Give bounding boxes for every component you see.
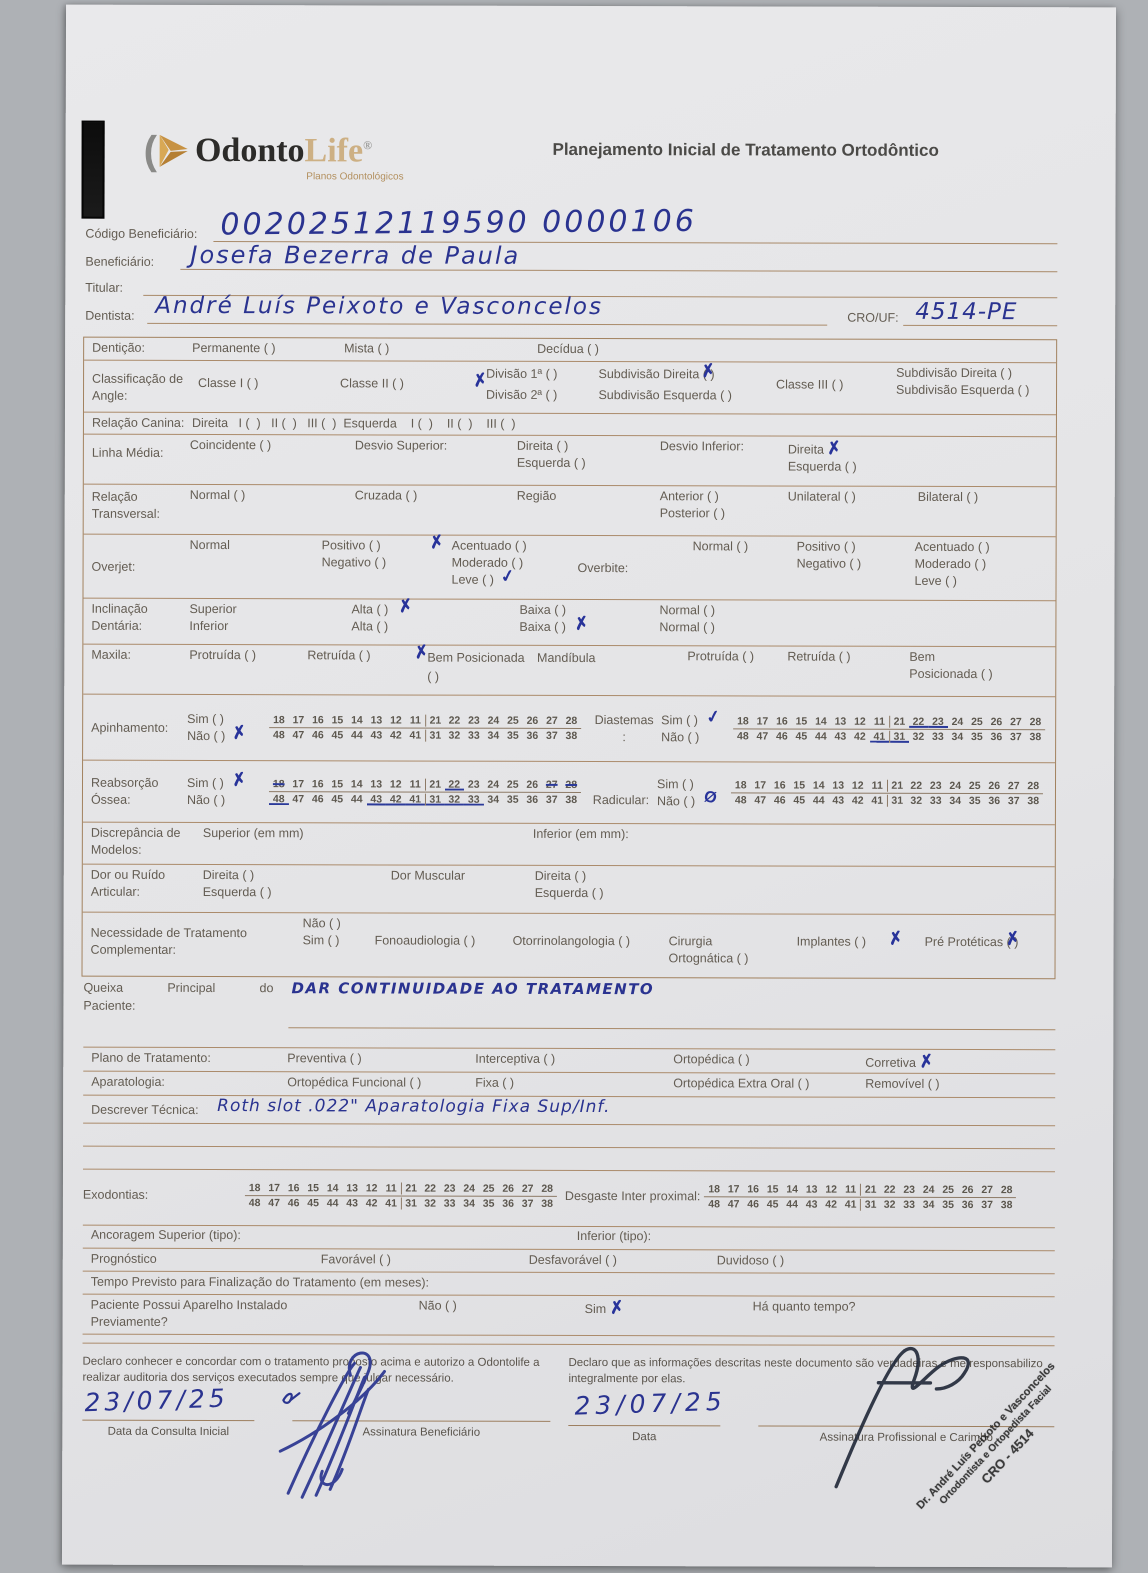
row-relacao-transversal: Relação Transversal: Normal ( ) Cruzada … <box>84 484 1056 537</box>
checkbox-complementar-nao[interactable]: Não ( ) <box>303 916 1019 932</box>
checkbox-duvidoso[interactable]: Duvidoso ( ) <box>717 1253 784 1267</box>
checkbox-classe-iii[interactable]: Classe III ( ) <box>776 365 896 391</box>
checkbox-articular-direita[interactable]: Direita ( ) <box>203 868 391 882</box>
handwritten-circle-mark: Ø <box>702 789 718 808</box>
consulta-date-label: Data da Consulta Inicial <box>82 1426 254 1438</box>
handwritten-x-mark: ✗ <box>231 723 248 742</box>
regiao-label: Região <box>517 489 660 503</box>
handwritten-x-mark: ✗ <box>608 1298 624 1317</box>
checkbox-maxila-retruida[interactable]: Retruída ( )✗ <box>307 648 427 662</box>
overjet-label: Overjet: <box>92 538 190 574</box>
tooth-chart-apinhamento: 1817161514131211212223242526272848474645… <box>269 714 581 742</box>
queixa-line[interactable] <box>288 1027 1055 1030</box>
prognostico-label: Prognóstico <box>91 1252 321 1267</box>
descrever-tecnica-label: Descrever Técnica: <box>91 1099 217 1117</box>
professional-date-value[interactable]: 23/07/25 <box>574 1387 727 1421</box>
checkbox-superior-normal[interactable]: Normal ( ) <box>659 603 715 617</box>
queixa-principal-section: Queixa Principal do Paciente: DAR CONTIN… <box>83 981 1055 1042</box>
checkbox-subdivisao-direita-iii[interactable]: Subdivisão Direita ( ) <box>896 366 1029 380</box>
row-overjet-overbite: Overjet: Normal Positivo ( )✗ Negativo (… <box>83 534 1055 601</box>
checkbox-corretiva[interactable]: Corretiva✗ <box>865 1053 933 1070</box>
row-plano-tratamento: Plano de Tratamento: Preventiva ( ) Inte… <box>83 1048 1055 1075</box>
codigo-beneficiario-label: Código Beneficiário: <box>85 227 197 241</box>
checkbox-fixa[interactable]: Fixa ( ) <box>475 1076 673 1091</box>
checkbox-subdivisao-esquerda-iii[interactable]: Subdivisão Esquerda ( ) <box>896 383 1029 397</box>
form-title: Planejamento Inicial de Tratamento Ortod… <box>426 140 1066 162</box>
checkbox-inferior-alta[interactable]: Alta ( ) <box>351 619 411 633</box>
row-prognostico: Prognóstico Favorável ( ) Desfavorável (… <box>83 1249 1055 1275</box>
checkbox-bilateral[interactable]: Bilateral ( ) <box>918 490 978 504</box>
maxila-bem-posicionada-parens[interactable]: ( ) <box>427 670 687 685</box>
checkbox-cirurgia-ortognatica[interactable]: Ortognática ( ) <box>669 951 797 965</box>
handwritten-x-mark: ✗ <box>918 1052 934 1071</box>
checkbox-inferior-baixa[interactable]: Baixa ( )✗ <box>519 620 587 634</box>
checkbox-implantes[interactable]: Implantes ( )✗ <box>797 935 925 949</box>
checkbox-reabsorcao-nao[interactable]: Não ( ) <box>187 793 245 807</box>
row-ancoragem: Ancoragem Superior (tipo): Inferior (tip… <box>83 1225 1055 1252</box>
checkbox-diastemas-sim[interactable]: Sim ( )✓ <box>661 713 719 727</box>
checkbox-radicular-nao[interactable]: Não ( )Ø <box>657 794 715 808</box>
checkbox-extra-oral[interactable]: Ortopédica Extra Oral ( ) <box>673 1076 865 1091</box>
diastemas-label: Diastemas : <box>587 713 661 744</box>
odontolife-arrow-icon <box>159 133 189 169</box>
inclinacao-label: Inclinação Dentária: <box>91 602 189 633</box>
row-necessidade-tratamento: Necessidade de Tratamento Complementar: … <box>83 912 1055 979</box>
tooth-chart-exodontias: 1817161514131211212223242526272848474645… <box>245 1182 557 1210</box>
relacao-canina-options[interactable]: Direita I ( ) II ( ) III ( ) Esquerda I … <box>192 416 516 431</box>
row-classificacao-angle: Classificação de Angle: Classe I ( ) Cla… <box>84 360 1056 415</box>
logo-odonto-text: Odonto <box>195 132 305 169</box>
checkbox-coincidente[interactable]: Coincidente ( ) <box>190 438 355 452</box>
checkbox-mandibula-retruida[interactable]: Retruída ( ) <box>787 650 909 664</box>
checkbox-ortopedica[interactable]: Ortopédica ( ) <box>673 1052 865 1067</box>
handwritten-x-mark: ✗ <box>573 614 590 633</box>
row-linha-media: Linha Média: Coincidente ( ) Desvio Supe… <box>84 434 1056 487</box>
mandibula-bem-label: Bem <box>909 650 992 664</box>
angle-label: Classificação de Angle: <box>92 364 198 403</box>
row-inclinacao-dentaria: Inclinação Dentária: Superior Inferior A… <box>83 598 1055 647</box>
checkbox-overbite-normal[interactable]: Normal ( ) <box>693 539 797 553</box>
relacao-canina-label: Relação Canina: <box>92 416 192 430</box>
checkbox-divisao-1[interactable]: Divisão 1ª ( ) <box>486 367 594 381</box>
checkbox-inferior-normal[interactable]: Normal ( ) <box>659 620 715 634</box>
tooth-chart-desgaste: 1817161514131211212223242526272848474645… <box>704 1183 1016 1211</box>
desgaste-label: Desgaste Inter proximal: <box>565 1189 701 1203</box>
logo-paren: ( <box>144 135 157 167</box>
mandibula-label: Mandíbula <box>537 651 595 665</box>
consulta-date-line[interactable] <box>82 1420 254 1421</box>
discrepancia-inferior-field[interactable]: Inferior (em mm): <box>533 827 629 841</box>
consulta-date-value[interactable]: 23/07/25 <box>84 1384 229 1418</box>
tecnica-value[interactable]: Roth slot .022" Aparatologia Fixa Sup/In… <box>217 1096 610 1117</box>
checkbox-diastemas-nao[interactable]: Não ( ) <box>661 730 719 744</box>
handwritten-check-mark: ✓ <box>499 567 516 586</box>
tooth-chart-reabsorcao: 1817161514131211212223242526272848474645… <box>269 778 581 806</box>
dentista-label: Dentista: <box>85 309 134 323</box>
checkbox-apinhamento-nao[interactable]: Não ( )✗ <box>187 729 245 743</box>
checkbox-unilateral[interactable]: Unilateral ( ) <box>788 490 918 504</box>
checkbox-overjet-leve[interactable]: Leve ( )✓ <box>452 573 514 587</box>
professional-date-label: Data <box>568 1431 720 1443</box>
row-descrever-tecnica: Descrever Técnica: Roth slot .022" Apara… <box>83 1096 1055 1127</box>
handwritten-x-mark: ✗ <box>887 929 904 948</box>
overjet-normal-label: Normal <box>190 538 322 552</box>
row-aparelho-instalado: Paciente Possui Aparelho Instalado Previ… <box>83 1295 1055 1338</box>
row-apinhamento-diastemas: Apinhamento: Sim ( ) Não ( )✗ 1817161514… <box>83 694 1055 763</box>
tooth-chart-diastemas: 1817161514131211212223242526272848474645… <box>733 715 1045 743</box>
checkbox-desfavoravel[interactable]: Desfavorável ( ) <box>529 1253 717 1267</box>
checkbox-overjet-acentuado[interactable]: Acentuado ( ) <box>452 539 578 553</box>
plano-label: Plano de Tratamento: <box>91 1051 287 1066</box>
checkbox-fonoaudiologia[interactable]: Fonoaudiologia ( ) <box>375 933 513 947</box>
checkbox-ortopedica-funcional[interactable]: Ortopédica Funcional ( ) <box>287 1075 475 1089</box>
checkbox-maxila-protruida[interactable]: Protruída ( ) <box>189 648 307 662</box>
checkbox-complementar-sim[interactable]: Sim ( ) <box>303 933 375 947</box>
handwritten-x-mark: ✗ <box>428 533 445 552</box>
dentista-value[interactable]: André Luís Peixoto e Vasconcelos <box>155 293 603 320</box>
checkbox-muscular-direita[interactable]: Direita ( ) <box>535 869 604 883</box>
checkbox-subdivisao-direita-ii[interactable]: Subdivisão Direita ( )✗ <box>599 367 715 381</box>
ancoragem-superior-field[interactable]: Ancoragem Superior (tipo): <box>91 1228 577 1243</box>
checkbox-decidua[interactable]: Decídua ( ) <box>537 342 599 356</box>
row-denticao: Dentição: Permanente ( ) Mista ( ) Decíd… <box>84 338 1056 363</box>
aparelho-label: Paciente Possui Aparelho Instalado Previ… <box>91 1298 419 1330</box>
handwritten-x-mark: ✗ <box>397 596 414 615</box>
checkbox-permanente[interactable]: Permanente ( ) <box>192 341 344 355</box>
tooth-chart-radicular: 1817161514131211212223242526272848474645… <box>731 779 1043 807</box>
professional-date-line[interactable] <box>568 1425 720 1426</box>
checkbox-classe-ii[interactable]: Classe II ( )✗ <box>340 364 486 390</box>
checkbox-reabsorcao-sim[interactable]: Sim ( )✗ <box>187 776 245 790</box>
cro-uf-value[interactable]: 4514-PE <box>915 299 1017 325</box>
checkbox-pre-proteticas[interactable]: Pré Protéticas ( )✗ <box>925 935 1019 949</box>
odontolife-logo: ( OdontoLife® Planos Odontológicos <box>144 133 404 183</box>
plano-section: Plano de Tratamento: Preventiva ( ) Inte… <box>83 1047 1055 1173</box>
row-maxila-mandibula: Maxila: Protruída ( ) Retruída ( )✗ Bem … <box>83 644 1055 697</box>
checkbox-preventiva[interactable]: Preventiva ( ) <box>287 1051 475 1065</box>
cro-uf-label: CRO/UF: <box>847 311 898 325</box>
checkbox-desvio-inf-direita[interactable]: Direita✗ <box>788 440 857 457</box>
overbite-label: Overbite: <box>578 539 693 575</box>
checkbox-overbite-leve[interactable]: Leve ( ) <box>915 574 990 588</box>
row-dor-ruido: Dor ou Ruído Articular: Direita ( ) Esqu… <box>83 864 1055 915</box>
inclinacao-superior-label: Superior <box>189 602 351 616</box>
row-reabsorcao-radicular: Reabsorção Óssea: Sim ( )✗ Não ( ) 18171… <box>83 760 1055 825</box>
side-label-strip <box>81 121 104 219</box>
checkbox-overbite-negativo[interactable]: Negativo ( ) <box>797 557 915 571</box>
checkbox-aparelho-sim[interactable]: Sim✗ <box>585 1299 753 1316</box>
checkbox-mandibula-bem-posicionada[interactable]: Posicionada ( ) <box>909 667 992 681</box>
discrepancia-label: Discrepância de Modelos: <box>91 826 203 857</box>
handwritten-x-mark: ✗ <box>1004 929 1021 948</box>
checkbox-classe-i[interactable]: Classe I ( ) <box>198 364 340 390</box>
logo-life-text: Life <box>305 132 364 169</box>
handwritten-x-mark: ✗ <box>700 361 717 380</box>
checkbox-transversal-normal[interactable]: Normal ( ) <box>190 488 355 502</box>
radicular-label: Radicular: <box>585 778 657 806</box>
discrepancia-superior-field[interactable]: Superior (em mm) <box>203 826 533 841</box>
handwritten-x-mark: ✗ <box>826 439 842 458</box>
denticao-label: Dentição: <box>92 341 192 355</box>
desvio-inferior-label: Desvio Inferior: <box>660 439 788 453</box>
queixa-label: Queixa Principal do <box>83 981 273 995</box>
beneficiario-label: Beneficiário: <box>85 255 154 269</box>
apinhamento-label: Apinhamento: <box>91 720 187 734</box>
beneficiario-value[interactable]: Josefa Bezerra de Paula <box>190 241 520 270</box>
checkbox-mista[interactable]: Mista ( ) <box>344 341 537 356</box>
scanned-paper: ( OdontoLife® Planos Odontológicos Plane… <box>62 5 1116 1568</box>
beneficiary-signature-scribble <box>258 1341 418 1501</box>
inclinacao-inferior-label: Inferior <box>189 619 351 633</box>
checkbox-anterior[interactable]: Anterior ( ) <box>660 489 788 503</box>
checkbox-interceptiva[interactable]: Interceptiva ( ) <box>475 1052 673 1067</box>
checkbox-posterior[interactable]: Posterior ( ) <box>660 506 788 520</box>
cirurgia-label: Cirurgia <box>669 934 797 948</box>
row-discrepancia-modelos: Discrepância de Modelos: Superior (em mm… <box>83 822 1055 867</box>
codigo-beneficiario-value[interactable]: 00202512119590 0000106 <box>220 204 697 243</box>
checkbox-desvio-sup-esquerda[interactable]: Esquerda ( ) <box>517 456 660 470</box>
maxila-label: Maxila: <box>91 648 189 662</box>
handwritten-x-mark: ✗ <box>230 770 247 789</box>
checkbox-overbite-moderado[interactable]: Moderado ( ) <box>915 557 990 571</box>
beneficiary-initial-mark <box>280 1389 302 1405</box>
checkbox-overjet-positivo[interactable]: Positivo ( )✗ <box>322 538 452 552</box>
checkbox-superior-alta[interactable]: Alta ( )✗ <box>351 602 411 616</box>
checkbox-divisao-2[interactable]: Divisão 2ª ( ) <box>486 388 594 402</box>
exodontias-section: Exodontias: 1817161514131211212223242526… <box>83 1165 1055 1229</box>
checkbox-cruzada[interactable]: Cruzada ( ) <box>355 488 517 502</box>
checkbox-overbite-acentuado[interactable]: Acentuado ( ) <box>915 540 990 554</box>
checkbox-otorrinolangologia[interactable]: Otorrinolangologia ( ) <box>513 934 669 948</box>
queixa-value[interactable]: DAR CONTINUIDADE AO TRATAMENTO <box>291 979 654 998</box>
handwritten-check-mark: ✓ <box>705 707 722 726</box>
checkbox-maxila-bem-posicionada[interactable]: Bem Posicionada <box>427 651 524 665</box>
checkbox-overjet-negativo[interactable]: Negativo ( ) <box>322 555 452 569</box>
titular-label: Titular: <box>85 281 123 295</box>
relacao-transversal-label: Relação Transversal: <box>92 488 190 521</box>
reabsorcao-ossea-label: Reabsorção Óssea: <box>91 776 187 807</box>
checkbox-desvio-sup-direita[interactable]: Direita ( ) <box>517 439 660 453</box>
dor-ruido-label: Dor ou Ruído Articular: <box>91 868 203 899</box>
checkbox-articular-esquerda[interactable]: Esquerda ( ) <box>203 885 391 899</box>
linha-media-label: Linha Média: <box>92 438 190 460</box>
row-tempo-previsto: Tempo Previsto para Finalização do Trata… <box>83 1272 1055 1298</box>
scanned-orthodontic-form: { "glyphs": {"x":"✗","check":"✓","circle… <box>0 0 1148 1573</box>
checkbox-aparelho-nao[interactable]: Não ( ) <box>419 1299 585 1313</box>
dor-muscular-label: Dor Muscular <box>391 868 535 882</box>
desvio-superior-label: Desvio Superior: <box>355 438 517 452</box>
checkbox-subdivisao-esquerda-ii[interactable]: Subdivisão Esquerda ( ) <box>598 388 731 402</box>
checkbox-desvio-inf-esquerda[interactable]: Esquerda ( ) <box>788 460 857 474</box>
aparatologia-label: Aparatologia: <box>91 1075 287 1090</box>
tempo-previsto-field[interactable]: Tempo Previsto para Finalização do Trata… <box>91 1275 429 1290</box>
checkbox-muscular-esquerda[interactable]: Esquerda ( ) <box>535 886 604 900</box>
necessidade-label: Necessidade de Tratamento Complementar: <box>91 916 303 958</box>
ha-quanto-tempo-field[interactable]: Há quanto tempo? <box>753 1299 856 1313</box>
logo-registered-mark: ® <box>363 138 372 152</box>
exodontias-label: Exodontias: <box>83 1188 245 1202</box>
checkbox-favoravel[interactable]: Favorável ( ) <box>321 1252 529 1267</box>
checkbox-mandibula-protruida[interactable]: Protruída ( ) <box>687 649 787 663</box>
logo-tagline: Planos Odontológicos <box>144 171 404 183</box>
checkbox-removivel[interactable]: Removível ( ) <box>865 1077 939 1091</box>
checkbox-overjet-moderado[interactable]: Moderado ( ) <box>452 556 578 570</box>
blank-ruled-line[interactable] <box>83 1124 1055 1150</box>
row-aparatologia: Aparatologia: Ortopédica Funcional ( ) F… <box>83 1072 1055 1099</box>
row-relacao-canina: Relação Canina: Direita I ( ) II ( ) III… <box>84 412 1056 437</box>
ancoragem-inferior-field[interactable]: Inferior (tipo): <box>577 1229 651 1243</box>
checkbox-overbite-positivo[interactable]: Positivo ( ) <box>797 540 915 554</box>
